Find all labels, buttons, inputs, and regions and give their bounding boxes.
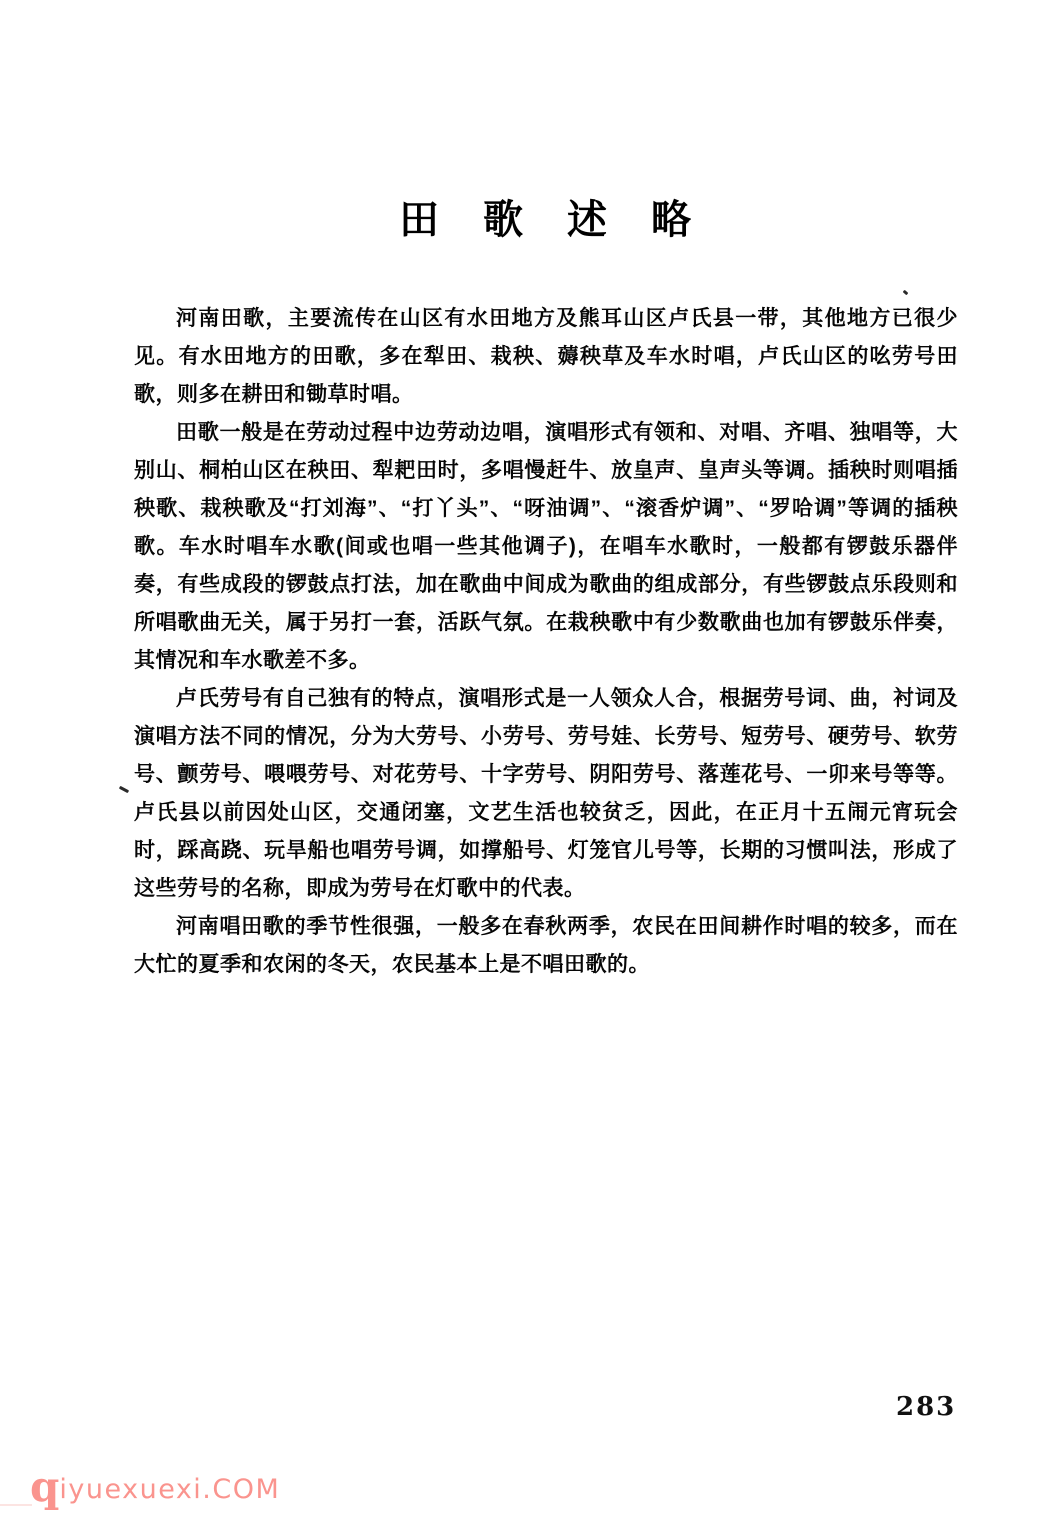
watermark: qiyuexuexi.COM [30,1466,280,1508]
scan-speck [903,290,909,296]
document-page: 田 歌 述 略 河南田歌，主要流传在山区有水田地方及熊耳山区卢氏县一带，其他地方… [0,0,1062,1525]
paragraph-3: 卢氏劳号有自己独有的特点，演唱形式是一人领众人合，根据劳号词、曲，衬词及演唱方法… [134,680,958,908]
scan-speck [119,786,129,793]
scan-artifact-line [0,1504,32,1506]
page-number: 283 [896,1392,956,1422]
article-body: 河南田歌，主要流传在山区有水田地方及熊耳山区卢氏县一带，其他地方已很少见。有水田… [134,300,958,984]
page-title: 田 歌 述 略 [134,196,958,244]
paragraph-1: 河南田歌，主要流传在山区有水田地方及熊耳山区卢氏县一带，其他地方已很少见。有水田… [134,300,958,414]
paragraph-2: 田歌一般是在劳动过程中边劳动边唱，演唱形式有领和、对唱、齐唱、独唱等，大别山、桐… [134,414,958,680]
paragraph-4: 河南唱田歌的季节性很强，一般多在春秋两季，农民在田间耕作时唱的较多，而在大忙的夏… [134,908,958,984]
watermark-rest: iyuexuexi.COM [59,1474,280,1505]
watermark-initial: q [30,1462,59,1511]
